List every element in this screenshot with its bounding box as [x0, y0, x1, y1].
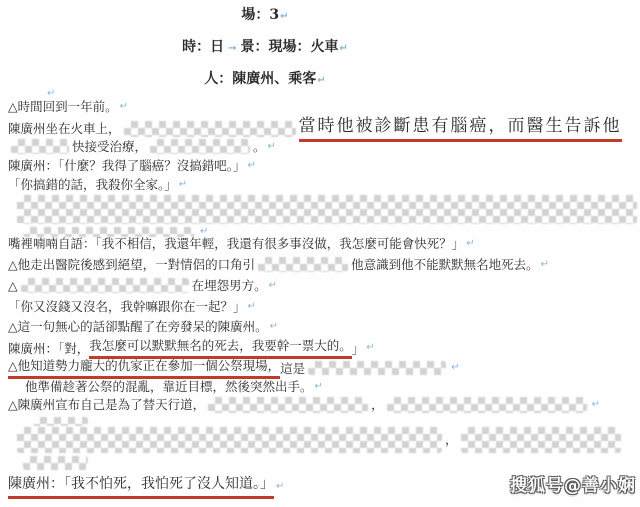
script-text: 「你搞錯的話，我殺你全家。」: [8, 177, 177, 193]
pilcrow-mark: ↵: [451, 362, 459, 375]
time-label: 時：日: [182, 39, 224, 55]
script-text: △陳廣州宣布自己是為了替天行道，: [8, 397, 205, 413]
pilcrow-mark: ↵: [541, 259, 549, 272]
underlined-text: 當時他被診斷患有腦癌，而醫生告訴他: [299, 116, 622, 142]
pilcrow-mark: ↵: [366, 342, 374, 355]
script-text: 他意識到他不能默默無名地死去。: [351, 257, 539, 273]
script-text: △: [8, 278, 18, 294]
censored-region: [150, 139, 250, 154]
script-text: 嘴裡喃喃自語：「我不相信，我還年輕，我還有很多事沒做，我怎麼可能會快死？」: [8, 236, 464, 252]
script-text: 」: [352, 341, 365, 357]
pilcrow-mark: ↵: [269, 280, 277, 293]
scene-number: 場：3: [241, 7, 279, 23]
script-line: 陳廣州：「對，我怎麼可以默默無名的死去，我要幹一票大的。」↵: [8, 338, 375, 359]
underlined-text: △他知道勢力龐大的仇家正在參加一個公祭現場，: [8, 358, 280, 379]
tab-arrow-icon: →: [224, 43, 240, 54]
pilcrow-mark: ↵: [280, 11, 288, 22]
pilcrow-mark: ↵: [248, 160, 256, 173]
censored-region: [33, 417, 88, 426]
script-line: △他知道勢力龐大的仇家正在參加一個公祭現場，這是↵: [8, 358, 460, 379]
censored-region: [208, 397, 368, 413]
pilcrow-mark: ↵: [248, 301, 256, 314]
censored-region: [258, 257, 348, 272]
script-text: △他走出醫院後感到絕望，一對情侶的口角引: [8, 257, 255, 273]
script-text: 陳廣州：「什麼？我得了腦癌？沒搞錯吧。」: [8, 158, 246, 174]
script-line: [20, 456, 91, 470]
script-text: 快接受治療，: [72, 139, 147, 155]
pilcrow-mark: ↵: [592, 399, 600, 412]
pilcrow-mark: ↵: [340, 43, 348, 54]
censored-region: [23, 456, 88, 470]
script-text: 陳廣州坐在火車上，: [8, 121, 121, 137]
script-line: 陳廣州：「我不怕死，我怕死了沒人知道。」↵: [8, 476, 284, 499]
script-text: 他準備趁著公祭的混亂，靠近目標，然後突然出手。: [25, 379, 313, 395]
pilcrow-mark: ↵: [315, 381, 323, 394]
script-line: [14, 195, 640, 224]
script-document-page: 場：3↵ 時：日→景：現場：火車↵ 人：陳廣州、乘客↵ ↵△時間回到一年前。↵陳…: [0, 0, 640, 507]
script-line: 「你又沒錢又沒名，我幹嘛跟你在一起？」↵: [8, 299, 256, 315]
censored-region: [21, 278, 189, 293]
script-line: 他準備趁著公祭的混亂，靠近目標，然後突然出手。↵: [25, 379, 323, 395]
censored-region: [387, 397, 587, 413]
script-text: 在埋怨男方。: [192, 278, 267, 294]
censored-region: [461, 427, 621, 453]
script-line: 嘴裡喃喃自語：「我不相信，我還年輕，我還有很多事沒做，我怎麼可能會快死？」↵: [8, 236, 475, 252]
script-line: △這一句無心的話卻點醒了在旁發呆的陳廣州。↵: [8, 319, 278, 335]
script-text: △時間回到一年前。: [8, 99, 118, 115]
cast-heading: 人：陳廣州、乘客↵: [0, 68, 530, 88]
script-line: △在埋怨男方。↵: [8, 278, 277, 294]
script-text: 。: [253, 139, 266, 155]
script-text: 這是: [280, 361, 305, 377]
cast-label: 人：陳廣州、乘客: [204, 71, 316, 87]
pilcrow-mark: ↵: [268, 141, 276, 154]
censored-region: [124, 121, 296, 137]
pilcrow-mark: ↵: [179, 179, 187, 192]
script-line: [30, 417, 91, 426]
sohu-watermark: 搜狐号@善小娴: [510, 471, 636, 496]
underlined-text: 我怎麼可以默默無名的死去，我要幹一票大的。: [89, 338, 352, 359]
censored-region: [11, 139, 69, 154]
scene-heading: 場：3↵: [0, 4, 530, 24]
time-setting-heading: 時：日→景：現場：火車↵: [0, 36, 530, 56]
script-text: 「你又沒錢又沒名，我幹嘛跟你在一起？」: [8, 299, 246, 315]
script-text: △這一句無心的話卻點醒了在旁發呆的陳廣州。: [8, 319, 268, 335]
pilcrow-mark: ↵: [466, 238, 474, 251]
script-line: △他走出醫院後感到絕望，一對情侶的口角引他意識到他不能默默無名地死去。↵: [8, 257, 549, 273]
pilcrow-mark: ↵: [276, 481, 284, 494]
script-line: 快接受治療，。↵: [8, 139, 276, 155]
script-line: 陳廣州：「什麼？我得了腦癌？沒搞錯吧。」↵: [8, 158, 256, 174]
pilcrow-mark: ↵: [120, 101, 128, 114]
pilcrow-mark: ↵: [270, 321, 278, 334]
script-text: ，: [445, 432, 458, 448]
script-line: △陳廣州宣布自己是為了替天行道，，↵: [8, 397, 600, 413]
script-line: △時間回到一年前。↵: [8, 99, 128, 115]
script-line: ，: [14, 427, 624, 453]
censored-region: [17, 195, 637, 224]
underlined-text: 陳廣州：「我不怕死，我怕死了沒人知道。」: [8, 476, 274, 499]
script-line: 「你搞錯的話，我殺你全家。」↵: [8, 177, 187, 193]
script-text: 陳廣州：「對，: [8, 341, 89, 357]
censored-region: [17, 427, 442, 453]
censored-region: [308, 361, 446, 375]
setting-label: 景：現場：火車: [241, 39, 339, 55]
script-text: ，: [371, 397, 384, 413]
pilcrow-mark: ↵: [317, 75, 325, 86]
